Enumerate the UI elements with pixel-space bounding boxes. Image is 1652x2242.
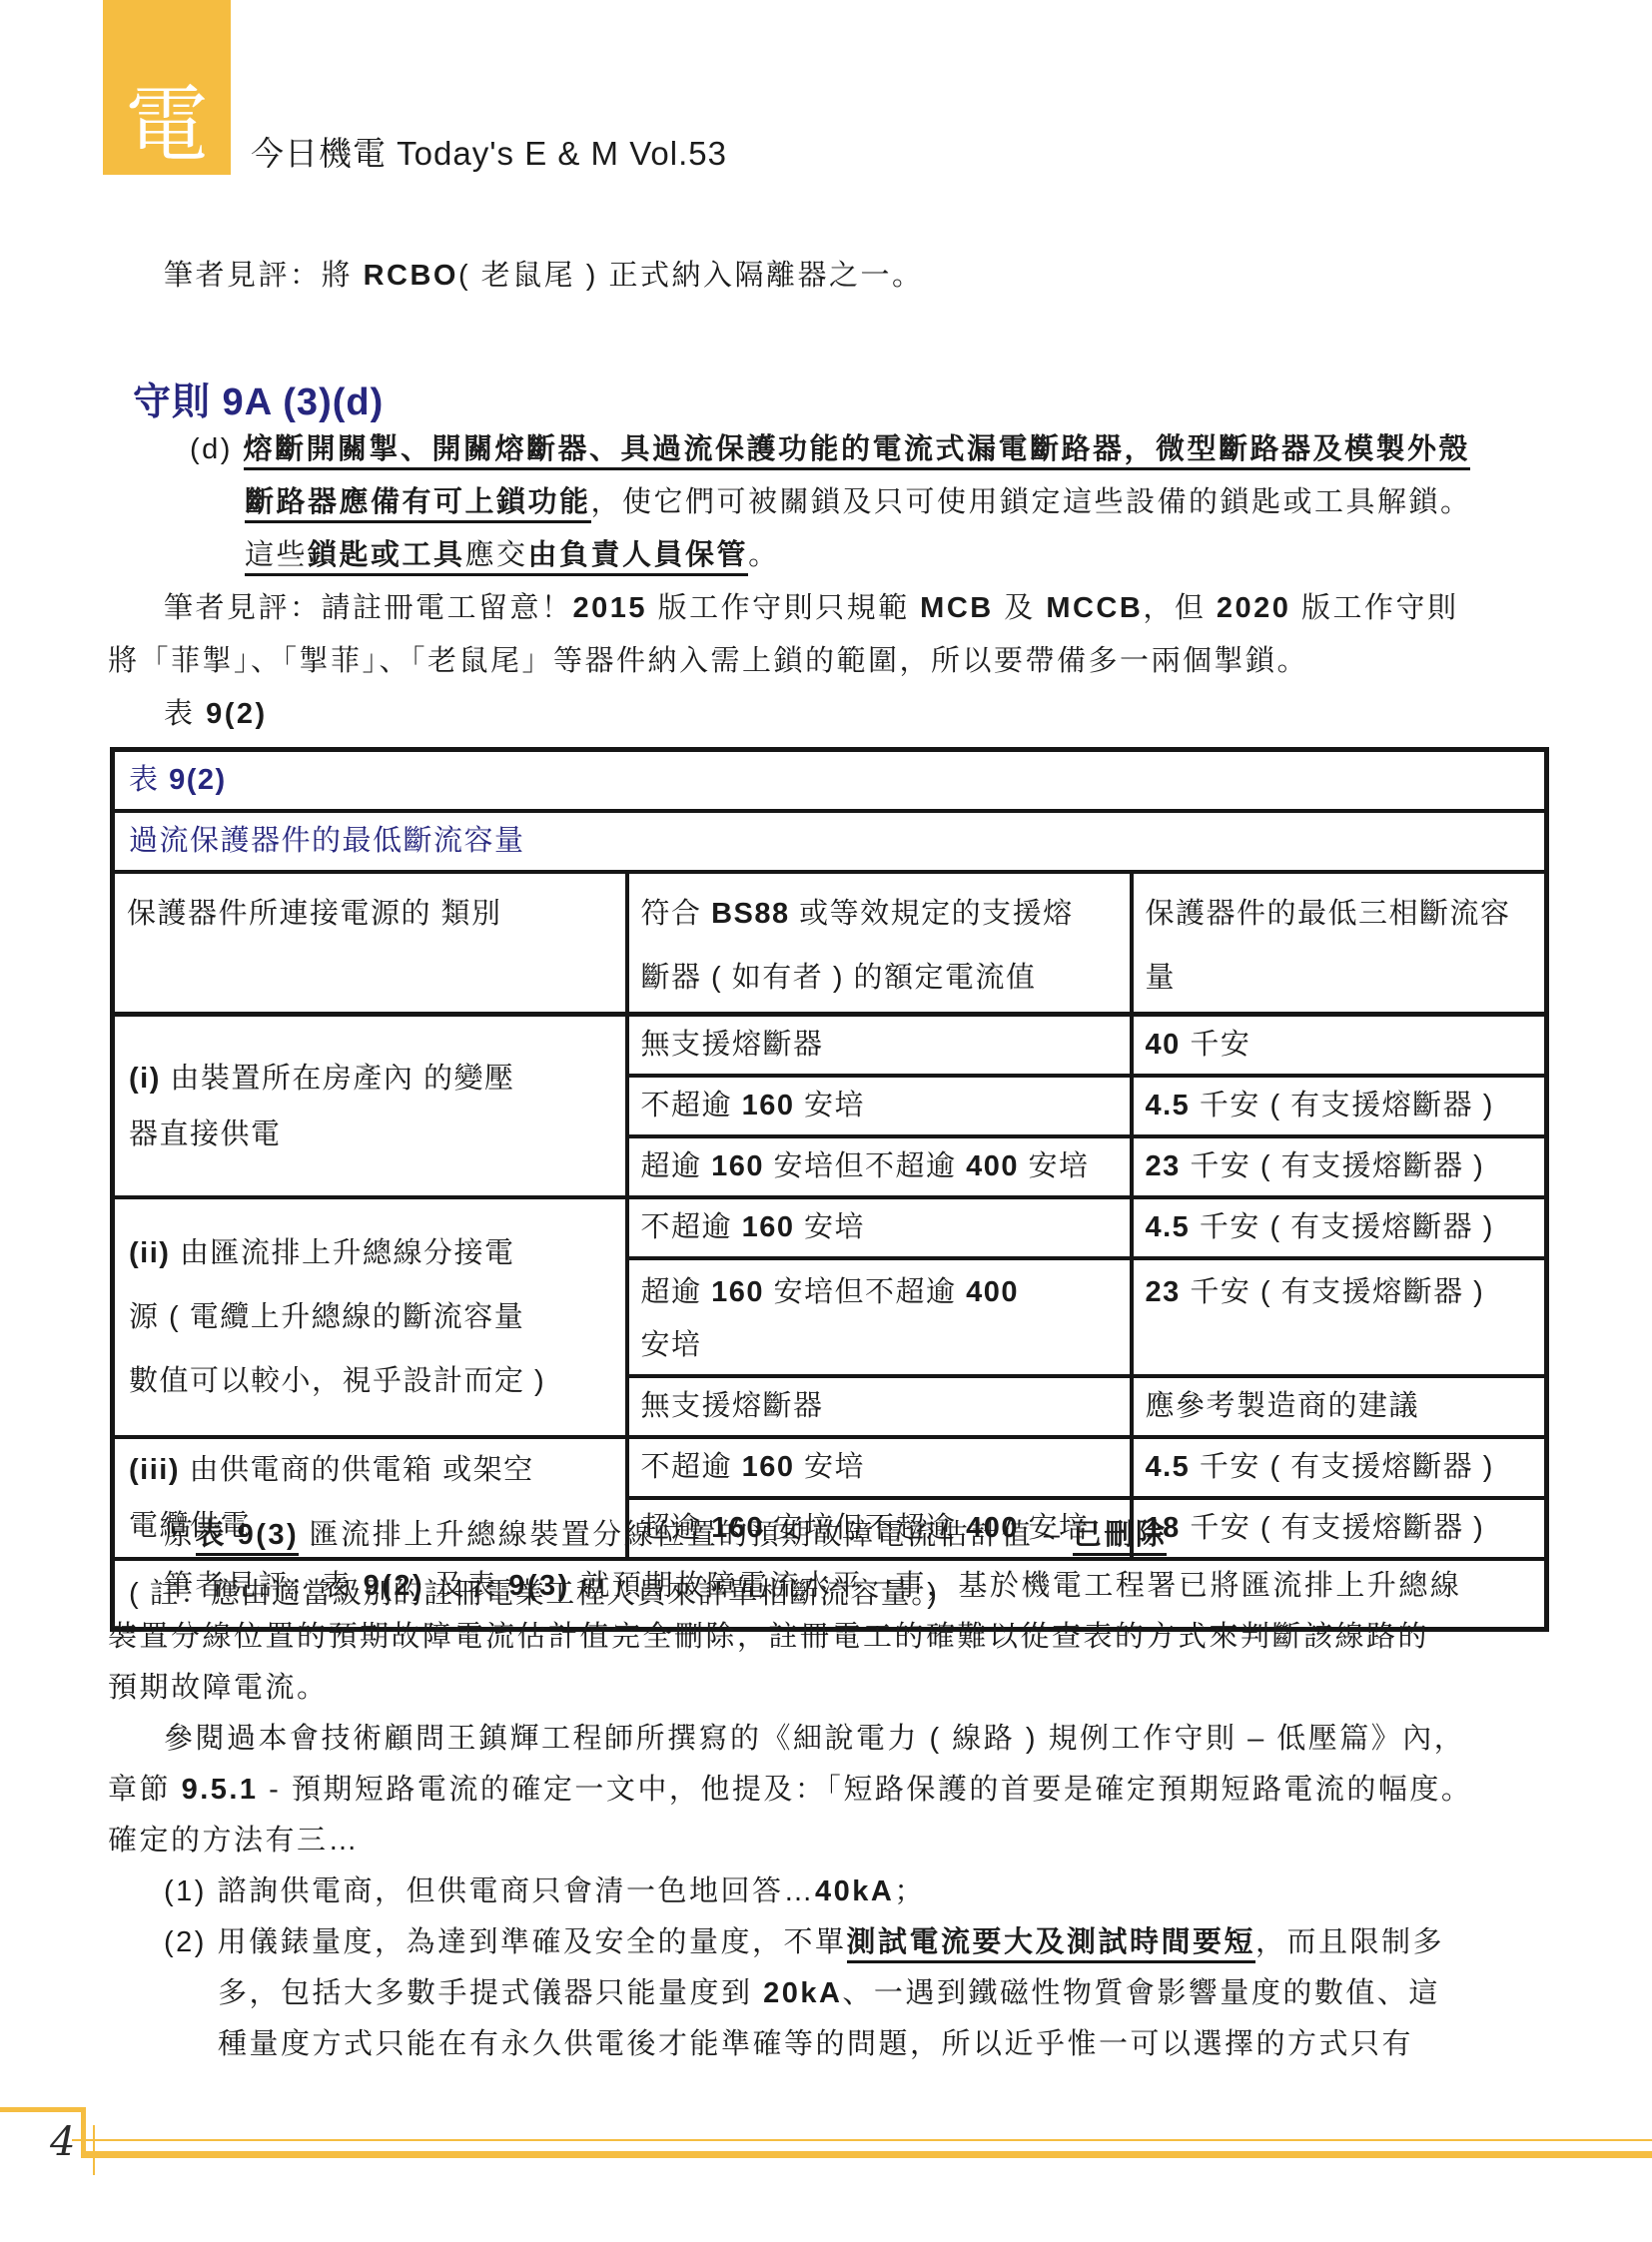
table-cell: 23 千安 ( 有支援熔斷器 ): [1132, 1136, 1547, 1197]
table-cell: 超逾 160 安培但不超逾 400 安培: [627, 1258, 1132, 1376]
table-row: (i) 由裝置所在房產內 的變壓 器直接供電 無支援熔斷器 40 千安: [113, 1015, 1547, 1077]
paragraph-line: 種量度方式只能在有永久供電後才能準確等的問題，所以近乎惟一可以選擇的方式只有: [108, 2019, 1551, 2070]
table-cell: 不超逾 160 安培: [627, 1197, 1132, 1258]
magazine-logo: 電: [103, 0, 231, 175]
table-cell: 不超逾 160 安培: [627, 1437, 1132, 1498]
table-cell: 4.5 千安 ( 有支援熔斷器 ): [1132, 1076, 1547, 1136]
body-text-block: 原表 9(3) 匯流排上升總線裝置分線位置的預期故障電流估計值 – 已刪除 筆者…: [108, 1510, 1551, 2070]
footer-rule-elbow-vertical: [81, 2107, 86, 2157]
paragraph-line: 原表 9(3) 匯流排上升總線裝置分線位置的預期故障電流估計值 – 已刪除: [108, 1510, 1551, 1561]
table-cell: 23 千安 ( 有支援熔斷器 ): [1132, 1258, 1547, 1376]
paragraph-line: 多，包括大多數手提式儀器只能量度到 20kA、一遇到鐵磁性物質會影響量度的數值、…: [108, 1968, 1551, 2019]
table-cell: 超逾 160 安培但不超逾 400 安培: [627, 1136, 1132, 1197]
intro-paragraph: 筆者見評：將 RCBO( 老鼠尾 ) 正式納入隔離器之一。: [108, 250, 1546, 303]
list-item: (1) 諮詢供電商，但供電商只會清一色地回答…40kA；: [108, 1867, 1551, 1917]
table-cell: 不超逾 160 安培: [627, 1076, 1132, 1136]
table-cell: 4.5 千安 ( 有支援熔斷器 ): [1132, 1437, 1547, 1498]
table-title-row: 表 9(2): [113, 750, 1547, 812]
table-header-cell: 符合 BS88 或等效規定的支援熔 斷器 ( 如有者 ) 的額定電流值: [627, 872, 1132, 1015]
paragraph-line: 參閱過本會技術顧問王鎮輝工程師所撰寫的《細說電力 ( 線路 ) 規例工作守則 –…: [108, 1714, 1551, 1765]
section-heading: 守則 9A (3)(d): [133, 379, 384, 425]
paragraph-line: 筆者見評：將 RCBO( 老鼠尾 ) 正式納入隔離器之一。: [108, 250, 1546, 303]
table-row: (ii) 由匯流排上升總線分接電 源 ( 電纜上升總線的斷流容量 數值可以較小，…: [113, 1197, 1547, 1258]
paragraph-line: 斷路器應備有可上鎖功能，使它們可被關鎖及只可使用鎖定這些設備的鎖匙或工具解鎖。: [108, 476, 1546, 529]
table-cell: 應參考製造商的建議: [1132, 1376, 1547, 1437]
table-title-cell: 表 9(2): [113, 750, 1547, 812]
table-caption: 表 9(2): [108, 688, 1546, 741]
paragraph-line: 確定的方法有三…: [108, 1816, 1551, 1867]
logo-glyph: 電: [125, 83, 209, 175]
footer-rule-thin-vertical: [93, 2125, 95, 2175]
paragraph-line: 這些鎖匙或工具應交由負責人員保管。: [108, 529, 1546, 582]
table-cell: 無支援熔斷器: [627, 1015, 1132, 1077]
table-cell: 4.5 千安 ( 有支援熔斷器 ): [1132, 1197, 1547, 1258]
magazine-page: { "page": { "accent_yellow": "#F5BD41", …: [0, 0, 1652, 2242]
footer-rule-thick: [81, 2151, 1652, 2158]
paragraph-line: 預期故障電流。: [108, 1663, 1551, 1714]
paragraph-line: (d) 熔斷開關掣、開關熔斷器、具過流保護功能的電流式漏電斷路器，微型斷路器及模…: [108, 423, 1546, 476]
journal-title: 今日機電 Today's E & M Vol.53: [251, 128, 727, 175]
paragraph-line: 筆者見評：請註冊電工留意！2015 版工作守則只規範 MCB 及 MCCB，但 …: [108, 582, 1546, 635]
table-row: (iii) 由供電商的供電箱 或架空 電纜供電 不超逾 160 安培 4.5 千…: [113, 1437, 1547, 1498]
table-subtitle-cell: 過流保護器件的最低斷流容量: [113, 811, 1547, 872]
group-label-cell: (ii) 由匯流排上升總線分接電 源 ( 電纜上升總線的斷流容量 數值可以較小，…: [113, 1197, 627, 1437]
table-cell: 無支援熔斷器: [627, 1376, 1132, 1437]
table-header-row: 保護器件所連接電源的 類別 符合 BS88 或等效規定的支援熔 斷器 ( 如有者…: [113, 872, 1547, 1015]
paragraph-line: 裝置分線位置的預期故障電流估計值完全刪除，註冊電工的確難以從查表的方式來判斷該線…: [108, 1612, 1551, 1663]
footer-rule-thin: [72, 2139, 1652, 2141]
group-label-cell: (i) 由裝置所在房產內 的變壓 器直接供電: [113, 1015, 627, 1198]
table-subtitle-row: 過流保護器件的最低斷流容量: [113, 811, 1547, 872]
rule-text-block: (d) 熔斷開關掣、開關熔斷器、具過流保護功能的電流式漏電斷路器，微型斷路器及模…: [108, 423, 1546, 741]
table-header-cell: 保護器件所連接電源的 類別: [113, 872, 627, 1015]
footer-rule-elbow-top: [0, 2107, 86, 2112]
list-item: (2) 用儀錶量度，為達到準確及安全的量度，不單測試電流要大及測試時間要短，而且…: [108, 1917, 1551, 1968]
page-number: 4: [50, 2119, 75, 2165]
paragraph-line: 章節 9.5.1 - 預期短路電流的確定一文中，他提及：「短路保護的首要是確定預…: [108, 1765, 1551, 1816]
paragraph-line: 筆者見評：表 9(2) 及表 9(3) 就預期故障電流水平一事，基於機電工程署已…: [108, 1561, 1551, 1612]
paragraph-line: 將「菲掣」、「掣菲」、「老鼠尾」等器件納入需上鎖的範圍，所以要帶備多一兩個掣鎖。: [108, 635, 1546, 688]
spec-table: 表 9(2) 過流保護器件的最低斷流容量 保護器件所連接電源的 類別 符合 BS…: [110, 747, 1549, 1632]
table-header-cell: 保護器件的最低三相斷流容 量: [1132, 872, 1547, 1015]
table-cell: 40 千安: [1132, 1015, 1547, 1077]
